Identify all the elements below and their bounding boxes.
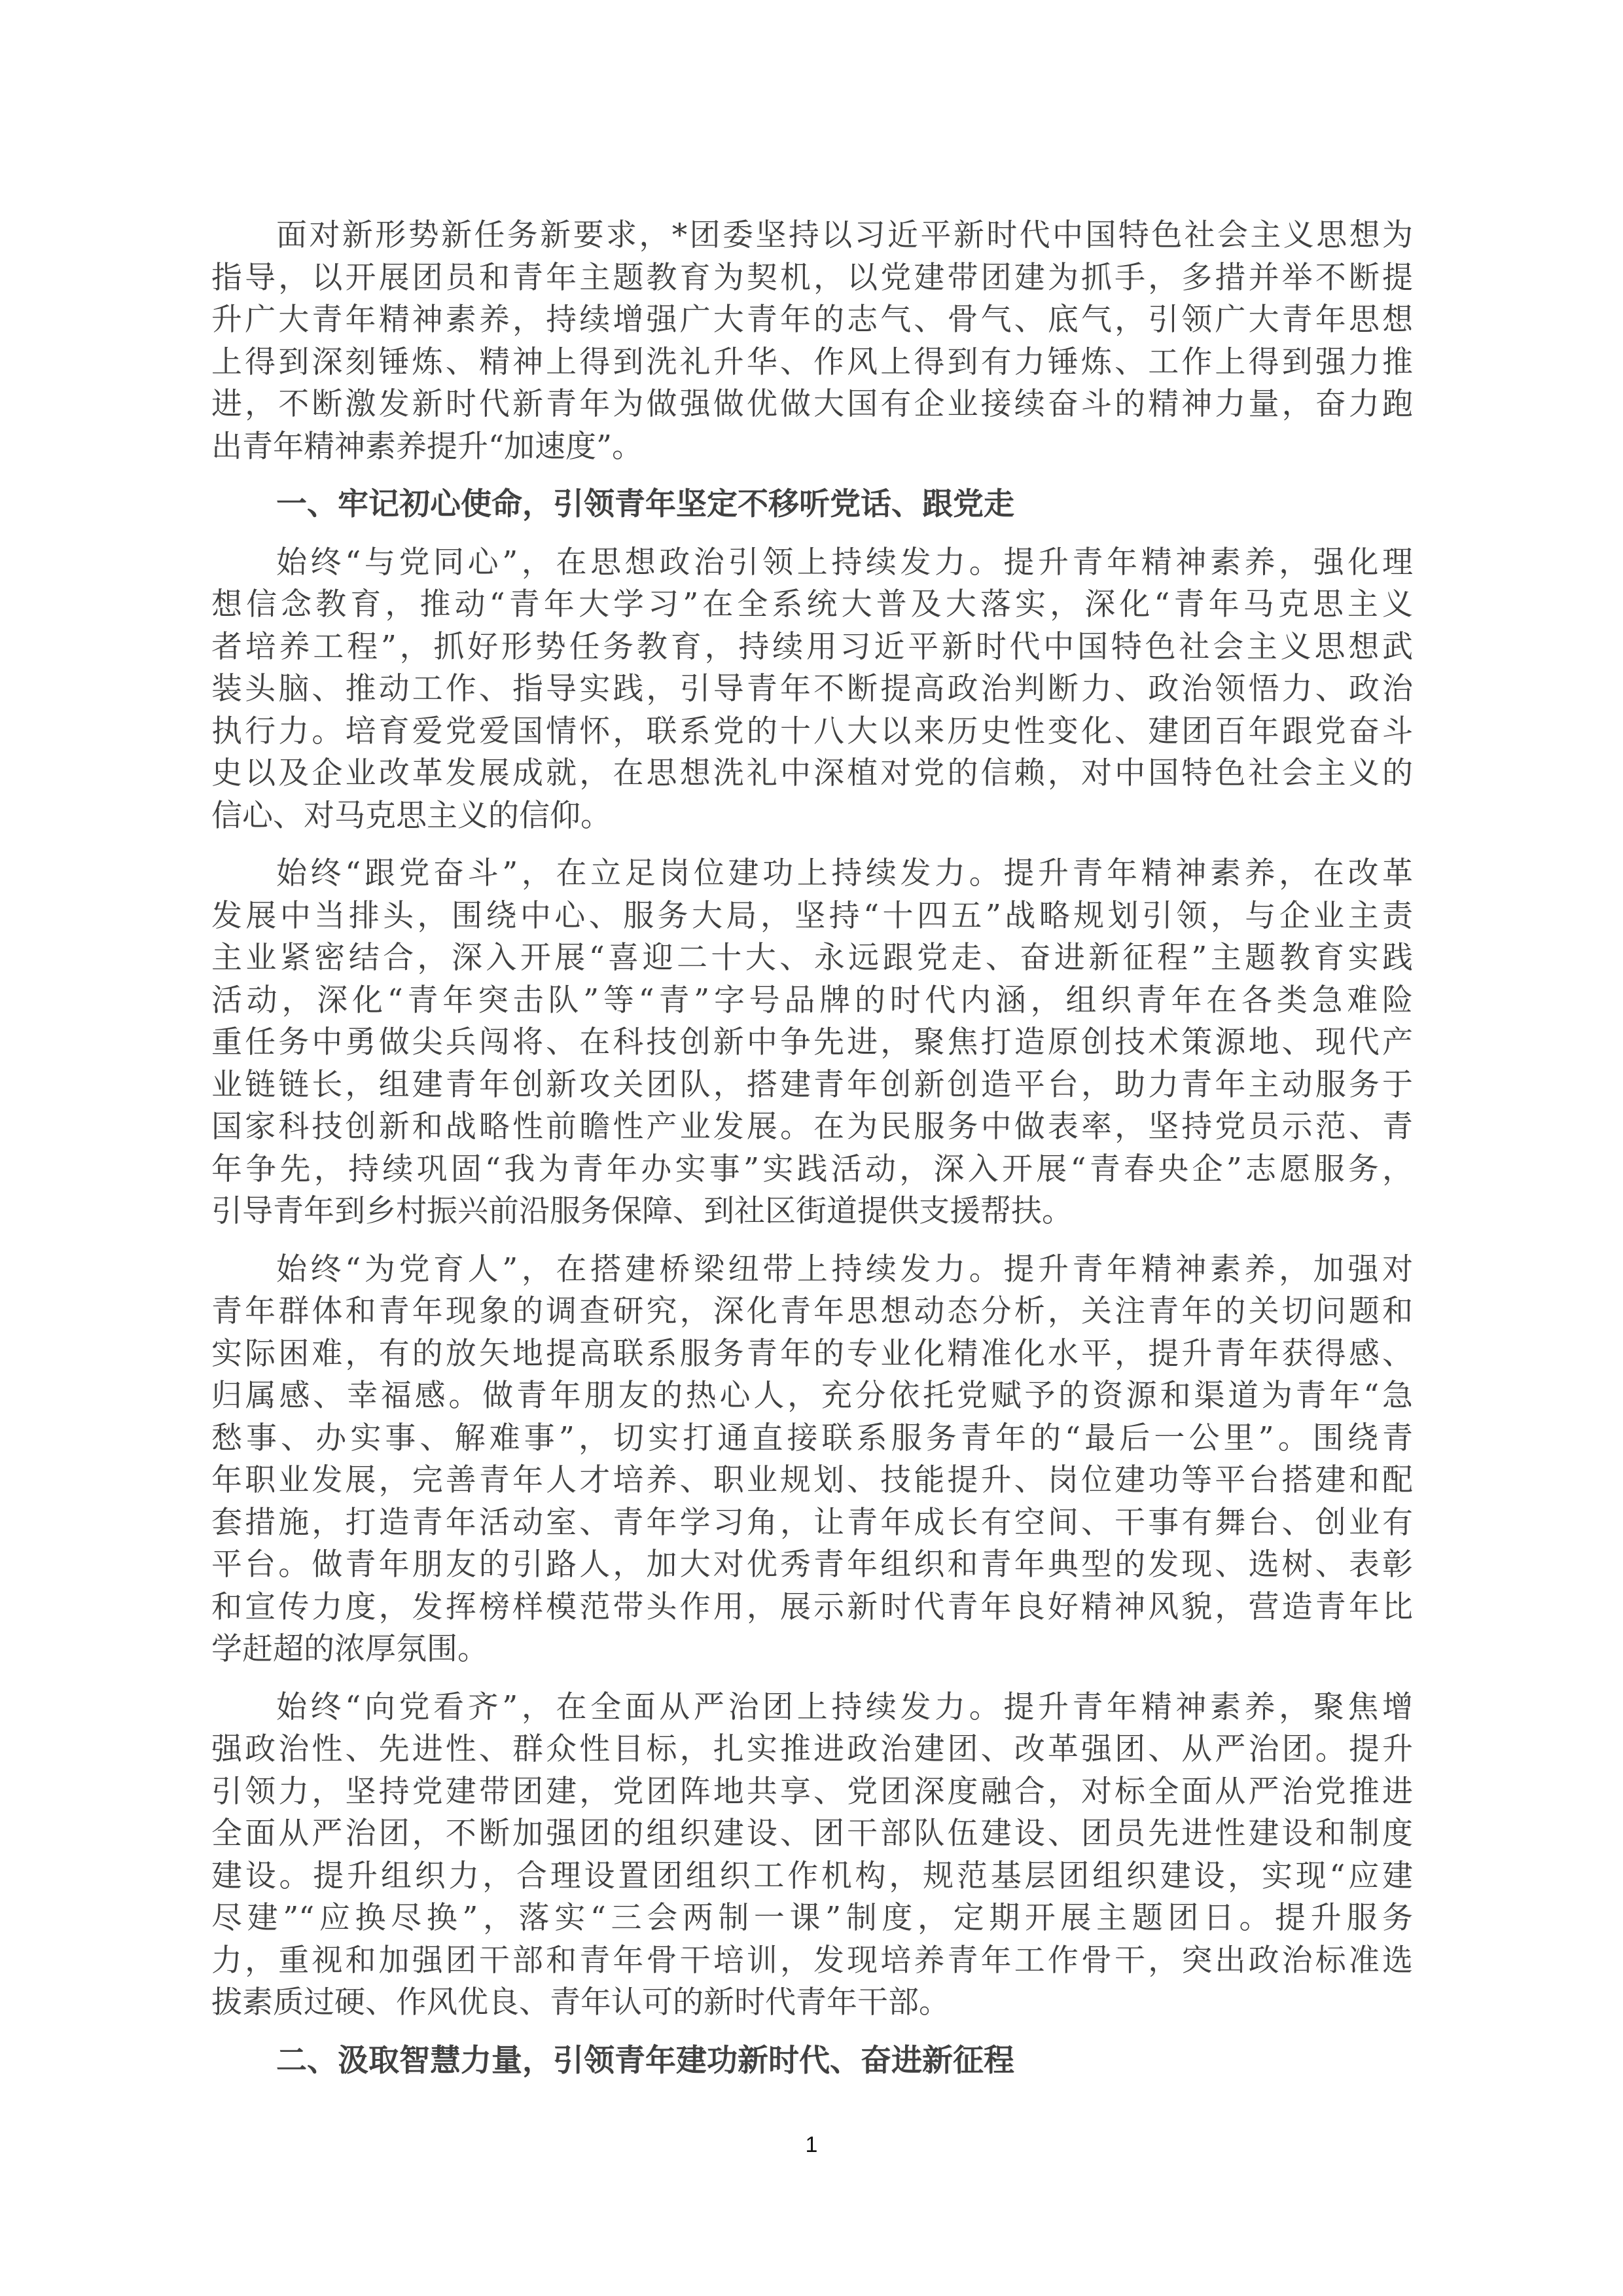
- heading-text: 一、牢记初心使命，引领青年坚定不移听党话、跟党走: [211, 484, 1413, 526]
- text-line: 进，不断激发新时代新青年为做强做优做大国有企业接续奋斗的精神力量，奋力跑: [211, 384, 1413, 426]
- text-line: 强政治性、先进性、群众性目标，扎实推进政治建团、改革强团、从严治团。提升: [211, 1729, 1413, 1771]
- text-line: 始终“为党育人”，在搭建桥梁纽带上持续发力。提升青年精神素养，加强对: [211, 1249, 1413, 1291]
- page-number: 1: [0, 2132, 1623, 2158]
- text-line: 指导，以开展团员和青年主题教育为契机，以党建带团建为抓手，多措并举不断提: [211, 257, 1413, 300]
- text-line: 主业紧密结合，深入开展“喜迎二十大、永远跟党走、奋进新征程”主题教育实践: [211, 937, 1413, 980]
- text-line: 活动，深化“青年突击队”等“青”字号品牌的时代内涵，组织青年在各类急难险: [211, 980, 1413, 1022]
- body-paragraph: 始终“为党育人”，在搭建桥梁纽带上持续发力。提升青年精神素养，加强对青年群体和青…: [211, 1249, 1413, 1671]
- text-line: 力，重视和加强团干部和青年骨干培训，发现培养青年工作骨干，突出政治标准选: [211, 1940, 1413, 1982]
- text-line: 国家科技创新和战略性前瞻性产业发展。在为民服务中做表率，坚持党员示范、青: [211, 1106, 1413, 1149]
- text-line: 史以及企业改革发展成就，在思想洗礼中深植对党的信赖，对中国特色社会主义的: [211, 753, 1413, 795]
- text-line: 重任务中勇做尖兵闯将、在科技创新中争先进，聚焦打造原创技术策源地、现代产: [211, 1022, 1413, 1064]
- body-paragraph: 面对新形势新任务新要求，*团委坚持以习近平新时代中国特色社会主义思想为指导，以开…: [211, 215, 1413, 468]
- section-heading: 一、牢记初心使命，引领青年坚定不移听党话、跟党走: [211, 484, 1413, 526]
- body-paragraph: 始终“向党看齐”，在全面从严治团上持续发力。提升青年精神素养，聚焦增强政治性、先…: [211, 1687, 1413, 2024]
- text-line: 想信念教育，推动“青年大学习”在全系统大普及大落实，深化“青年马克思主义: [211, 584, 1413, 626]
- text-line: 信心、对马克思主义的信仰。: [211, 795, 1413, 838]
- body-paragraph: 始终“与党同心”，在思想政治引领上持续发力。提升青年精神素养，强化理想信念教育，…: [211, 542, 1413, 838]
- text-line: 青年群体和青年现象的调查研究，深化青年思想动态分析，关注青年的关切问题和: [211, 1291, 1413, 1333]
- text-line: 建设。提升组织力，合理设置团组织工作机构，规范基层团组织建设，实现“应建: [211, 1856, 1413, 1898]
- text-line: 执行力。培育爱党爱国情怀，联系党的十八大以来历史性变化、建团百年跟党奋斗: [211, 711, 1413, 753]
- text-line: 年争先，持续巩固“我为青年办实事”实践活动，深入开展“青春央企”志愿服务，: [211, 1149, 1413, 1191]
- text-line: 实际困难，有的放矢地提高联系服务青年的专业化精准化水平，提升青年获得感、: [211, 1333, 1413, 1376]
- text-line: 尽建”“应换尽换”，落实“三会两制一课”制度，定期开展主题团日。提升服务: [211, 1897, 1413, 1940]
- body-paragraph: 始终“跟党奋斗”，在立足岗位建功上持续发力。提升青年精神素养，在改革发展中当排头…: [211, 853, 1413, 1233]
- text-line: 出青年精神素养提升“加速度”。: [211, 426, 1413, 469]
- text-line: 拔素质过硬、作风优良、青年认可的新时代青年干部。: [211, 1982, 1413, 2024]
- text-line: 面对新形势新任务新要求，*团委坚持以习近平新时代中国特色社会主义思想为: [211, 215, 1413, 257]
- heading-text: 二、汲取智慧力量，引领青年建功新时代、奋进新征程: [211, 2040, 1413, 2083]
- text-line: 全面从严治团，不断加强团的组织建设、团干部队伍建设、团员先进性建设和制度: [211, 1813, 1413, 1856]
- text-line: 业链链长，组建青年创新攻关团队，搭建青年创新创造平台，助力青年主动服务于: [211, 1064, 1413, 1107]
- document-body: 面对新形势新任务新要求，*团委坚持以习近平新时代中国特色社会主义思想为指导，以开…: [211, 215, 1413, 2098]
- text-line: 和宣传力度，发挥榜样模范带头作用，展示新时代青年良好精神风貌，营造青年比: [211, 1587, 1413, 1629]
- text-line: 始终“跟党奋斗”，在立足岗位建功上持续发力。提升青年精神素养，在改革: [211, 853, 1413, 895]
- text-line: 始终“与党同心”，在思想政治引领上持续发力。提升青年精神素养，强化理: [211, 542, 1413, 584]
- text-line: 引领力，坚持党建带团建，党团阵地共享、党团深度融合，对标全面从严治党推进: [211, 1771, 1413, 1814]
- text-line: 上得到深刻锤炼、精神上得到洗礼升华、作风上得到有力锤炼、工作上得到强力推: [211, 342, 1413, 384]
- section-heading: 二、汲取智慧力量，引领青年建功新时代、奋进新征程: [211, 2040, 1413, 2083]
- text-line: 套措施，打造青年活动室、青年学习角，让青年成长有空间、干事有舞台、创业有: [211, 1502, 1413, 1545]
- text-line: 升广大青年精神素养，持续增强广大青年的志气、骨气、底气，引领广大青年思想: [211, 299, 1413, 342]
- text-line: 始终“向党看齐”，在全面从严治团上持续发力。提升青年精神素养，聚焦增: [211, 1687, 1413, 1729]
- text-line: 学赶超的浓厚氛围。: [211, 1628, 1413, 1671]
- text-line: 年职业发展，完善青年人才培养、职业规划、技能提升、岗位建功等平台搭建和配: [211, 1460, 1413, 1502]
- text-line: 愁事、办实事、解难事”，切实打通直接联系服务青年的“最后一公里”。围绕青: [211, 1418, 1413, 1460]
- text-line: 发展中当排头，围绕中心、服务大局，坚持“十四五”战略规划引领，与企业主责: [211, 895, 1413, 938]
- text-line: 平台。做青年朋友的引路人，加大对优秀青年组织和青年典型的发现、选树、表彰: [211, 1544, 1413, 1587]
- text-line: 引导青年到乡村振兴前沿服务保障、到社区街道提供支援帮扶。: [211, 1191, 1413, 1233]
- text-line: 者培养工程”，抓好形势任务教育，持续用习近平新时代中国特色社会主义思想武: [211, 626, 1413, 669]
- text-line: 归属感、幸福感。做青年朋友的热心人，充分依托党赋予的资源和渠道为青年“急: [211, 1375, 1413, 1418]
- document-page: 面对新形势新任务新要求，*团委坚持以习近平新时代中国特色社会主义思想为指导，以开…: [0, 0, 1623, 2296]
- text-line: 装头脑、推动工作、指导实践，引导青年不断提高政治判断力、政治领悟力、政治: [211, 668, 1413, 711]
